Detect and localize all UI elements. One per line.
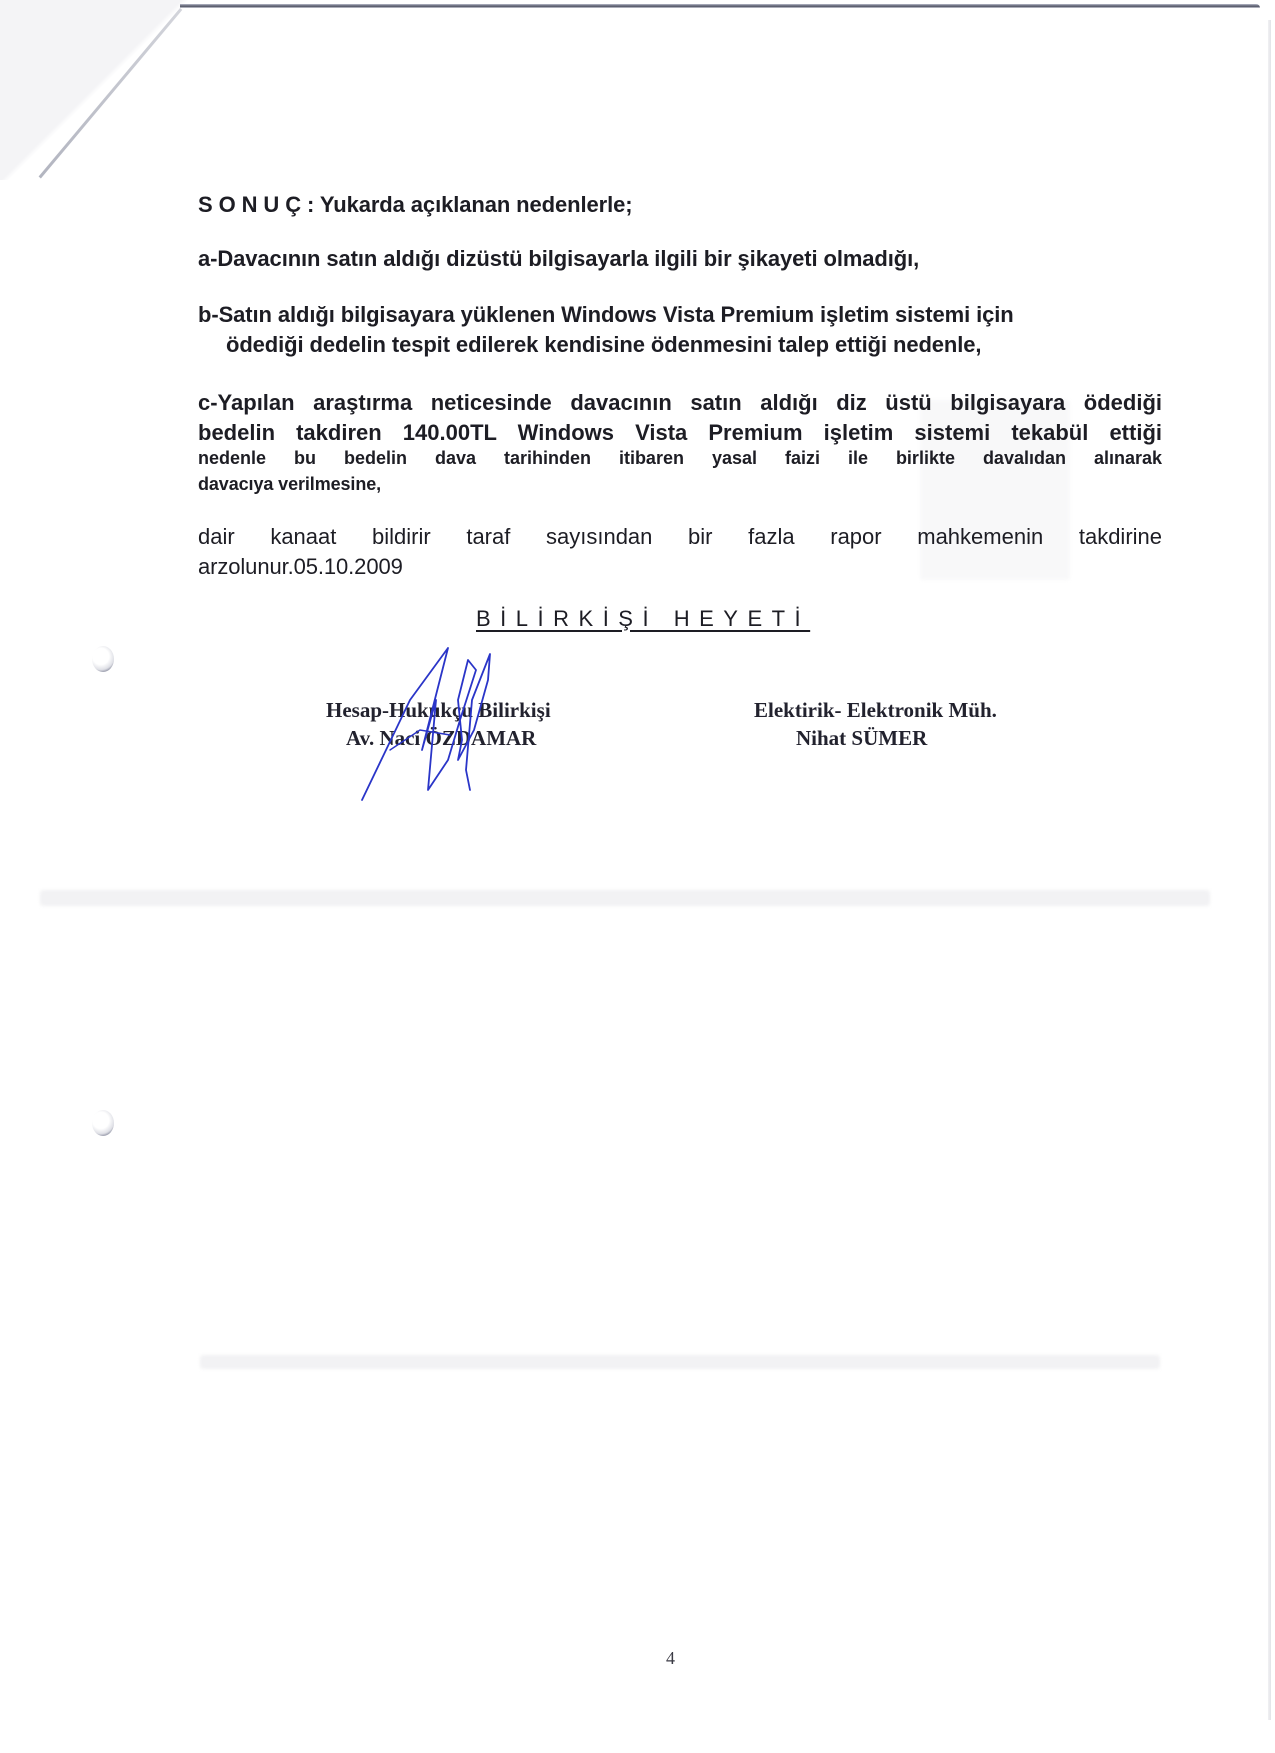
handwritten-signature: [350, 640, 550, 810]
item-b-line-1: b-Satın aldığı bilgisayara yüklenen Wind…: [198, 302, 1014, 328]
closing-line-2-date: arzolunur.05.10.2009: [198, 554, 403, 580]
signatory-2-name: Nihat SÜMER: [796, 726, 927, 751]
closing-line-1: dair kanaat bildirir taraf sayısından bi…: [198, 524, 1162, 550]
item-c-line-4: davacıya verilmesine,: [198, 474, 381, 495]
folded-corner: [0, 0, 190, 180]
conclusion-heading: S O N U Ç : Yukarda açıklanan nedenlerle…: [198, 192, 632, 218]
conclusion-intro: Yukarda açıklanan nedenlerle;: [320, 192, 633, 217]
item-c-line-2: bedelin takdiren 140.00TL Windows Vista …: [198, 420, 1162, 446]
bleed-through-text: [200, 1355, 1160, 1369]
page-right-edge: [1268, 20, 1271, 1720]
item-a: a-Davacının satın aldığı dizüstü bilgisa…: [198, 246, 919, 272]
committee-title: BİLİRKİŞİ HEYETİ: [476, 606, 810, 632]
bleed-through-text: [40, 890, 1210, 906]
item-b-line-2: ödediği dedelin tespit edilerek kendisin…: [226, 332, 981, 358]
punch-hole: [92, 646, 114, 672]
page-number: 4: [666, 1648, 675, 1669]
page-top-edge: [180, 4, 1260, 8]
item-c-line-1: c-Yapılan araştırma neticesinde davacını…: [198, 390, 1162, 416]
punch-hole: [92, 1110, 114, 1136]
item-c-line-3: nedenle bu bedelin dava tarihinden itiba…: [198, 448, 1162, 469]
conclusion-label: S O N U Ç :: [198, 192, 314, 217]
signatory-2-role: Elektirik- Elektronik Müh.: [754, 698, 997, 723]
